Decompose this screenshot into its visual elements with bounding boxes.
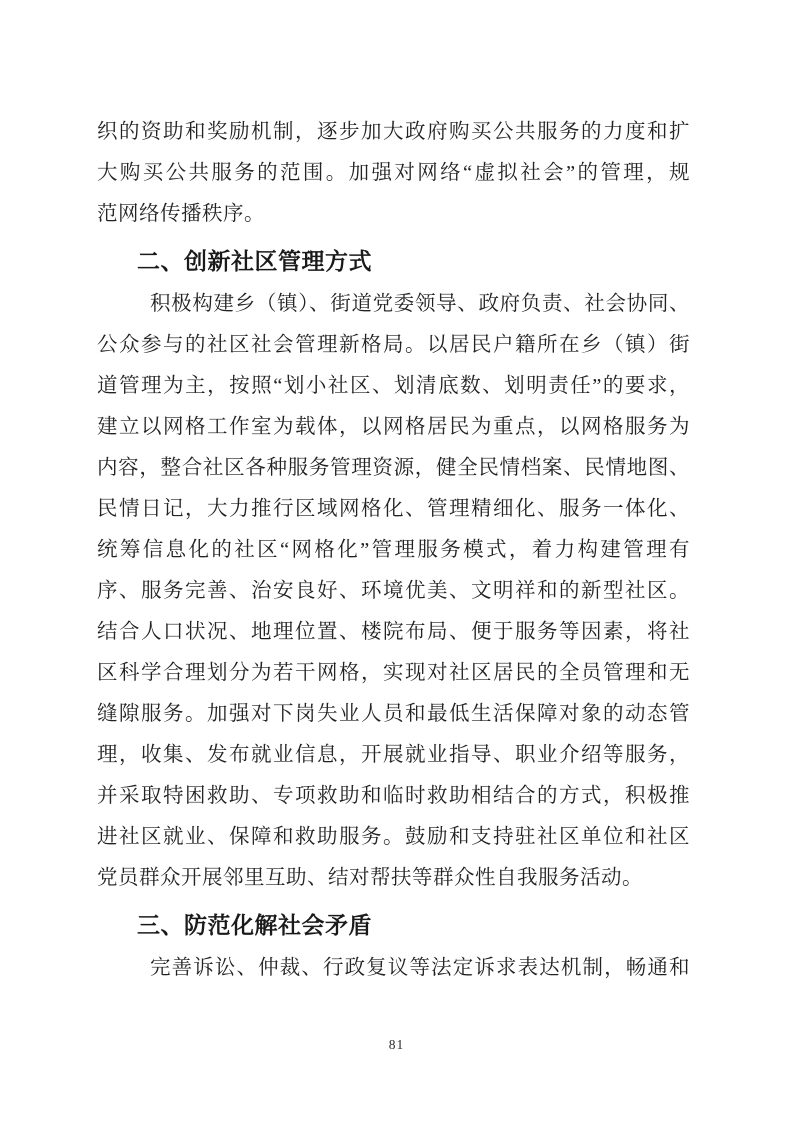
text-line: 序、服务完善、治安良好、环境优美、文明祥和的新型社区。 [97,571,690,612]
text-line: 区科学合理划分为若干网格，实现对社区居民的全员管理和无 [97,653,690,694]
text-line: 大购买公共服务的范围。加强对网络“虚拟社会”的管理，规 [97,153,690,194]
text-line: 织的资助和奖励机制，逐步加大政府购买公共服务的力度和扩 [97,112,690,153]
text-line: 民情日记，大力推行区域网格化、管理精细化、服务一体化、 [97,489,690,530]
text-line: 公众参与的社区社会管理新格局。以居民户籍所在乡（镇）街 [97,325,690,366]
text-line: 积极构建乡（镇）、街道党委领导、政府负责、社会协同、 [97,284,690,325]
page-number: 81 [0,1037,793,1053]
text-line: 范网络传播秩序。 [97,194,690,235]
document-page: 织的资助和奖励机制，逐步加大政府购买公共服务的力度和扩 大购买公共服务的范围。加… [0,0,793,1122]
text-line: 完善诉讼、仲裁、行政复议等法定诉求表达机制，畅通和 [97,948,690,989]
text-line: 建立以网格工作室为载体，以网格居民为重点，以网格服务为 [97,407,690,448]
text-line: 结合人口状况、地理位置、楼院布局、便于服务等因素，将社 [97,612,690,653]
section-heading: 二、创新社区管理方式 [137,241,690,282]
text-line: 党员群众开展邻里互助、结对帮扶等群众性自我服务活动。 [97,858,690,899]
text-line: 缝隙服务。加强对下岗失业人员和最低生活保障对象的动态管 [97,694,690,735]
text-line: 理，收集、发布就业信息，开展就业指导、职业介绍等服务， [97,735,690,776]
section-heading: 三、防范化解社会矛盾 [137,905,690,946]
page-body-text: 织的资助和奖励机制，逐步加大政府购买公共服务的力度和扩 大购买公共服务的范围。加… [97,112,690,989]
text-line: 内容，整合社区各种服务管理资源，健全民情档案、民情地图、 [97,448,690,489]
text-line: 并采取特困救助、专项救助和临时救助相结合的方式，积极推 [97,776,690,817]
text-line: 进社区就业、保障和救助服务。鼓励和支持驻社区单位和社区 [97,817,690,858]
text-line: 道管理为主，按照“划小社区、划清底数、划明责任”的要求， [97,366,690,407]
text-line: 统筹信息化的社区“网格化”管理服务模式，着力构建管理有 [97,530,690,571]
